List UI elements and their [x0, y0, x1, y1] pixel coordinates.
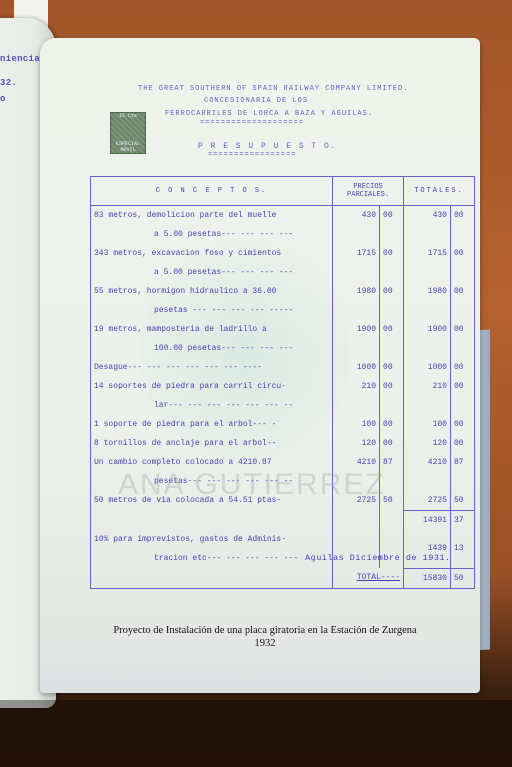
concept-line-2: a 5.00 pesetas--- --- --- ---: [94, 225, 329, 244]
concept-line: 343 metros, excavacion foso y cimientos: [94, 249, 281, 258]
total-cents: 00: [450, 206, 474, 245]
concept-line-2: pesetas --- --- --- --- -----: [94, 301, 329, 320]
company-subtitle: CONCESIONARIA DE LOS: [204, 97, 308, 105]
subtotal-value: 14391: [404, 511, 451, 531]
table-row: Desague--- --- --- --- --- --- ----10000…: [91, 358, 475, 377]
row-concept: 8 tornillos de anclaje para el arbol--: [91, 434, 333, 453]
concept-line: Desague--- --- --- --- --- --- ----: [94, 363, 262, 372]
stamp-value: 15 Cts: [111, 113, 145, 119]
partial-price: [333, 511, 380, 531]
total-cents: 00: [450, 282, 474, 320]
partial-cents: 00: [380, 244, 404, 282]
left-page-fragment: 32.: [0, 78, 17, 88]
total-price: 2725: [404, 491, 451, 511]
total-price: 100: [404, 415, 451, 434]
company-lines: FERROCARRILES DE LORCA A BAZA Y AGUILAS.: [165, 110, 373, 118]
total-row: TOTAL----1583050: [91, 568, 475, 588]
partial-cents: 00: [380, 206, 404, 245]
total-price: 120: [404, 434, 451, 453]
header-totals: TOTALES.: [404, 177, 475, 206]
subtotal-row: 1439137: [91, 511, 475, 531]
concept-line: 1 soporte de piedra para el arbol--- -: [94, 420, 276, 429]
grand-total: 15830: [404, 568, 451, 588]
table-row: 83 metros, demolicion parte del muellea …: [91, 206, 475, 245]
partial-cents: 00: [380, 282, 404, 320]
fiscal-stamp: 15 Cts ESPECIAL MOVIL: [110, 112, 146, 154]
partial-price: 1715: [333, 244, 380, 282]
total-cents: 00: [450, 434, 474, 453]
watermark-text: ANA GUTIERREZ: [118, 468, 386, 502]
table-row: 19 metros, mamposteria de ladrillo a100.…: [91, 320, 475, 358]
row-concept: 343 metros, excavacion foso y cimientosa…: [91, 244, 333, 282]
partial-cents: 00: [380, 415, 404, 434]
row-concept: 83 metros, demolicion parte del muellea …: [91, 206, 333, 245]
partial-price: 1900: [333, 320, 380, 358]
stamp-label: ESPECIAL MOVIL: [111, 141, 145, 153]
table-header-row: C O N C E P T O S. PRECIOS PARCIALES. TO…: [91, 177, 475, 206]
table-row: 1 soporte de piedra para el arbol--- -10…: [91, 415, 475, 434]
partial-cents: 00: [380, 377, 404, 415]
total-price: 1900: [404, 320, 451, 358]
header-concepts: C O N C E P T O S.: [91, 177, 333, 206]
concept-line-2: lar--- --- --- --- --- --- --: [94, 396, 329, 415]
grand-total-cents: 50: [450, 568, 474, 588]
total-cents: 00: [450, 320, 474, 358]
partial-cents: 00: [380, 434, 404, 453]
photo-caption: Proyecto de Instalación de una placa gir…: [60, 624, 470, 650]
row-concept: 55 metros, hormigon hidraulico a 36.00pe…: [91, 282, 333, 320]
total-price: 210: [404, 377, 451, 415]
partial-price: 430: [333, 206, 380, 245]
total-price: 1000: [404, 358, 451, 377]
total-price: 1715: [404, 244, 451, 282]
concept-line: 14 soportes de piedra para carril circu-: [94, 382, 286, 391]
row-concept: 19 metros, mamposteria de ladrillo a100.…: [91, 320, 333, 358]
partial-cents: [380, 511, 404, 531]
partial-cents: 00: [380, 358, 404, 377]
partial-cents: 00: [380, 320, 404, 358]
row-concept: 1 soporte de piedra para el arbol--- -: [91, 415, 333, 434]
concept-line-2: a 5.00 pesetas--- --- --- ---: [94, 263, 329, 282]
total-cents: 00: [450, 377, 474, 415]
total-cents: 00: [450, 244, 474, 282]
concept-line: 10% para imprevistos, gastos de Adminis-: [94, 535, 286, 544]
company-name: THE GREAT SOUTHERN OF SPAIN RAILWAY COMP…: [138, 85, 408, 93]
total-cents: 50: [450, 491, 474, 511]
caption-year: 1932: [60, 637, 470, 650]
row-concept: [91, 511, 333, 531]
caption-title: Proyecto de Instalación de una placa gir…: [60, 624, 470, 637]
partial-price: 1000: [333, 358, 380, 377]
concept-line-2: tracion etc--- --- --- --- ---: [94, 549, 329, 568]
total-cents: 00: [450, 358, 474, 377]
total-price: 4210: [404, 453, 451, 491]
concept-line: 55 metros, hormigon hidraulico a 36.00: [94, 287, 276, 296]
row-concept: Desague--- --- --- --- --- --- ----: [91, 358, 333, 377]
header-underline: ====================: [200, 119, 304, 127]
contingency-cents: 13: [450, 530, 474, 568]
table-surface: [0, 700, 512, 767]
table-row: 343 metros, excavacion foso y cimientosa…: [91, 244, 475, 282]
concept-line: Un cambio completo colocado a 4210.87: [94, 458, 272, 467]
title-underline: =================: [208, 151, 296, 159]
place-date: Aguilas Diciembre de 1931.: [305, 553, 451, 563]
total-cents: 00: [450, 415, 474, 434]
table-row: 14 soportes de piedra para carril circu-…: [91, 377, 475, 415]
concept-line: 83 metros, demolicion parte del muelle: [94, 211, 276, 220]
row-concept: 10% para imprevistos, gastos de Adminis-…: [91, 530, 333, 568]
total-label: TOTAL----: [333, 568, 404, 588]
table-row: 8 tornillos de anclaje para el arbol--12…: [91, 434, 475, 453]
budget-table: C O N C E P T O S. PRECIOS PARCIALES. TO…: [90, 176, 475, 589]
partial-price: 1980: [333, 282, 380, 320]
concept-line: 8 tornillos de anclaje para el arbol--: [94, 439, 276, 448]
row-concept: 14 soportes de piedra para carril circu-…: [91, 377, 333, 415]
subtotal-cents: 37: [450, 511, 474, 531]
table-row: 55 metros, hormigon hidraulico a 36.00pe…: [91, 282, 475, 320]
total-price: 430: [404, 206, 451, 245]
left-page-fragment: o: [0, 94, 6, 104]
left-page-fragment: niencia: [0, 54, 40, 64]
concept-line: 19 metros, mamposteria de ladrillo a: [94, 325, 267, 334]
partial-price: 100: [333, 415, 380, 434]
concept-line-2: 100.00 pesetas--- --- --- ---: [94, 339, 329, 358]
row-concept: [91, 568, 333, 588]
total-price: 1980: [404, 282, 451, 320]
page-title: P R E S U P U E S T O.: [198, 142, 337, 151]
partial-price: 210: [333, 377, 380, 415]
total-cents: 87: [450, 453, 474, 491]
header-partial-prices: PRECIOS PARCIALES.: [333, 177, 404, 206]
partial-price: 120: [333, 434, 380, 453]
